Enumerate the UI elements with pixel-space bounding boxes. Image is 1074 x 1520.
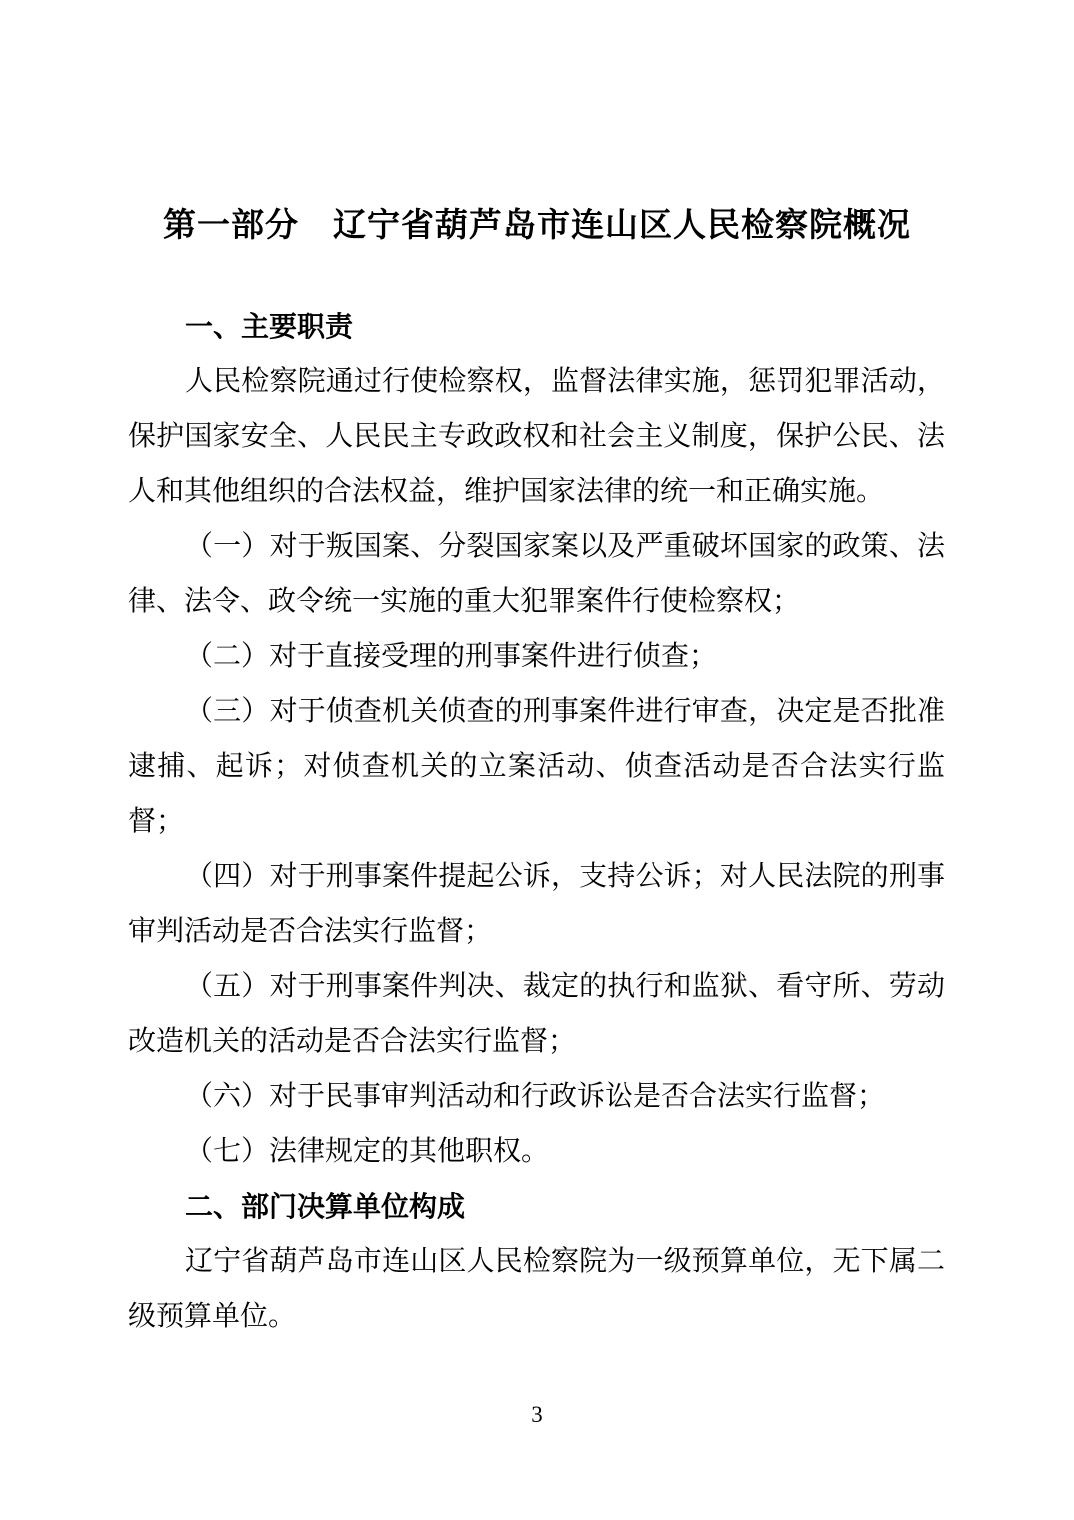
section-1-item-5: （五）对于刑事案件判决、裁定的执行和监狱、看守所、劳动改造机关的活动是否合法实行… xyxy=(128,959,945,1069)
document-title: 第一部分 辽宁省葫芦岛市连山区人民检察院概况 xyxy=(0,0,1074,249)
section-1-item-1: （一）对于叛国案、分裂国家案以及严重破坏国家的政策、法律、法令、政令统一实施的重… xyxy=(128,519,945,629)
section-1-item-3: （三）对于侦查机关侦查的刑事案件进行审查，决定是否批准逮捕、起诉；对侦查机关的立… xyxy=(128,684,945,849)
page-footer: 3 xyxy=(0,1400,1074,1430)
section-1-item-2: （二）对于直接受理的刑事案件进行侦查； xyxy=(128,629,945,684)
section-1-item-6: （六）对于民事审判活动和行政诉讼是否合法实行监督； xyxy=(128,1069,945,1124)
section-1-item-7: （七）法律规定的其他职权。 xyxy=(128,1124,945,1179)
section-1-heading: 一、主要职责 xyxy=(128,299,945,354)
document-body: 一、主要职责 人民检察院通过行使检察权，监督法律实施，惩罚犯罪活动，保护国家安全… xyxy=(128,299,945,1344)
page-number: 3 xyxy=(531,1402,543,1427)
section-1-item-4: （四）对于刑事案件提起公诉，支持公诉；对人民法院的刑事审判活动是否合法实行监督； xyxy=(128,849,945,959)
section-2-paragraph: 辽宁省葫芦岛市连山区人民检察院为一级预算单位，无下属二级预算单位。 xyxy=(128,1234,945,1344)
document-page: 第一部分 辽宁省葫芦岛市连山区人民检察院概况 一、主要职责 人民检察院通过行使检… xyxy=(0,0,1074,1520)
section-2-heading: 二、部门决算单位构成 xyxy=(128,1179,945,1234)
section-1-paragraph-overview: 人民检察院通过行使检察权，监督法律实施，惩罚犯罪活动，保护国家安全、人民民主专政… xyxy=(128,354,945,519)
